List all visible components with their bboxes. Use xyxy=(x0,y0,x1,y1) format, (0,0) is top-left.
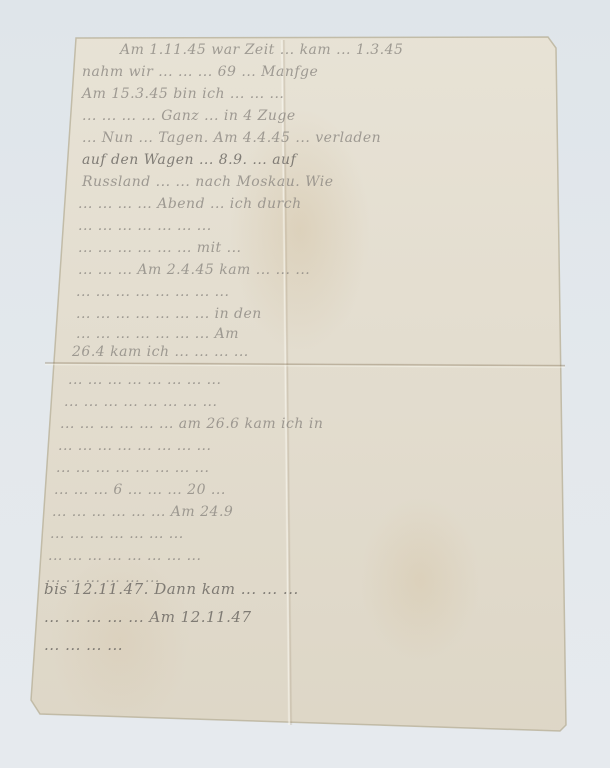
handwriting-line: ... Nun ... Tagen. Am 4.4.45 ... verlade… xyxy=(82,130,381,146)
handwriting-line: ... ... ... ... ... ... ... ... xyxy=(68,372,221,388)
handwriting-line: ... ... ... ... ... ... mit ... xyxy=(78,240,241,256)
handwriting-line: ... ... ... ... ... ... ... ... xyxy=(76,284,229,300)
handwriting-line: ... ... ... Am 2.4.45 kam ... ... ... xyxy=(78,262,310,278)
handwriting-line: Am 15.3.45 bin ich ... ... ... xyxy=(82,86,284,102)
handwriting-line: ... ... ... ... Ganz ... in 4 Zuge xyxy=(82,108,296,124)
handwriting-line: ... ... ... ... ... ... ... Am xyxy=(76,326,239,342)
handwriting-line: 26.4 kam ich ... ... ... ... xyxy=(72,344,249,360)
handwriting-line: ... ... ... ... ... ... ... ... xyxy=(64,394,217,410)
handwriting-line: ... ... ... ... xyxy=(44,636,123,654)
handwriting-line: nahm wir ... ... ... 69 ... Manfge xyxy=(82,64,318,80)
handwriting-line: auf den Wagen ... 8.9. ... auf xyxy=(82,152,296,168)
handwriting-line: ... ... ... ... Abend ... ich durch xyxy=(78,196,302,212)
handwriting-line: ... ... ... ... ... ... ... xyxy=(50,526,184,542)
handwriting-line: bis 12.11.47. Dann kam ... ... ... xyxy=(44,580,299,598)
handwriting-line: ... ... ... ... ... ... Am 24.9 xyxy=(52,504,233,520)
handwriting-line: Russland ... ... nach Moskau. Wie xyxy=(82,174,334,190)
handwriting-line: ... ... ... ... ... ... ... xyxy=(78,218,212,234)
handwriting-line: ... ... ... ... ... ... ... in den xyxy=(76,306,262,322)
handwritten-text: Am 1.11.45 war Zeit ... kam ... 1.3.45 n… xyxy=(0,0,610,768)
handwriting-line: ... ... ... ... ... Am 12.11.47 xyxy=(44,608,251,626)
handwriting-line: ... ... ... 6 ... ... ... 20 ... xyxy=(54,482,226,498)
handwriting-line: ... ... ... ... ... ... am 26.6 kam ich … xyxy=(60,416,323,432)
handwriting-line: ... ... ... ... ... ... ... ... xyxy=(56,460,209,476)
handwriting-line: ... ... ... ... ... ... ... ... xyxy=(58,438,211,454)
handwriting-line: Am 1.11.45 war Zeit ... kam ... 1.3.45 xyxy=(120,42,403,58)
